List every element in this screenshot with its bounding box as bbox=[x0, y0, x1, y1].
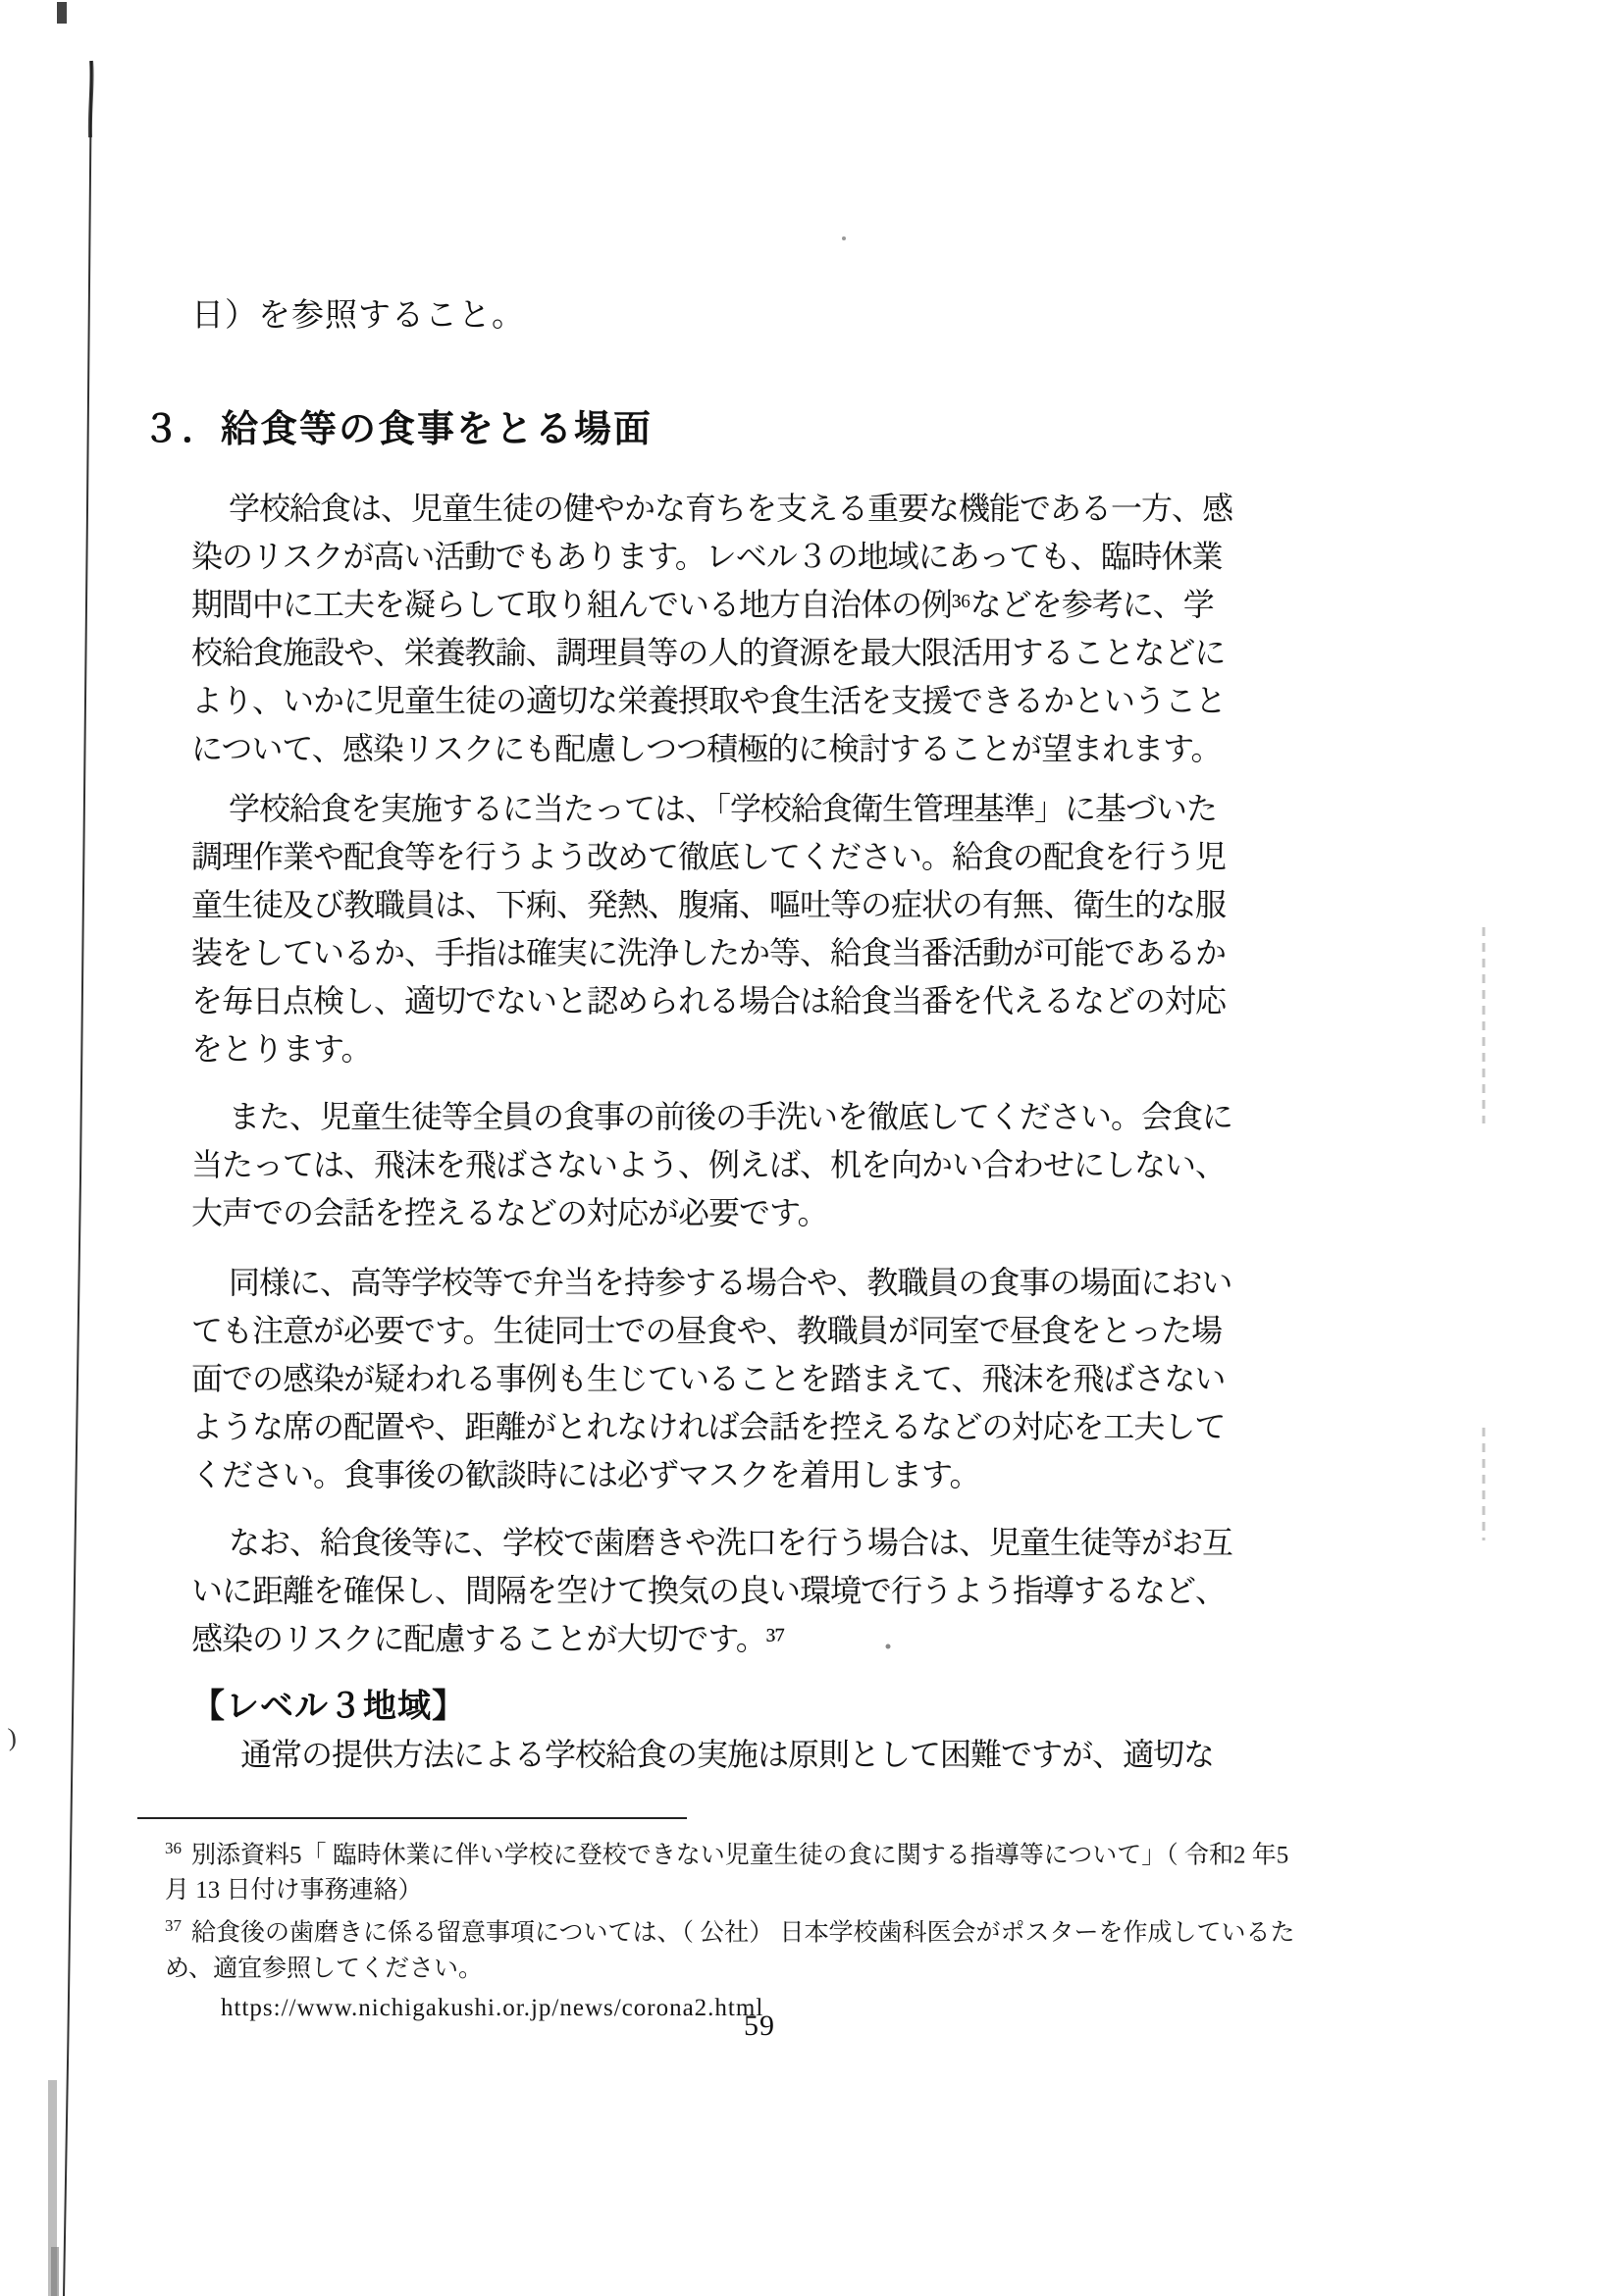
text-line: 大声での会話を控えるなどの対応が必要です。 bbox=[191, 1189, 1231, 1237]
scan-line-left bbox=[64, 61, 91, 2296]
document-body: 日）を参照すること。 ３．給食等の食事をとる場面 学校給食は、児童生徒の健やかな… bbox=[191, 294, 1231, 1779]
scan-artifact-mark: ) bbox=[7, 1723, 18, 1753]
footnote-lines: 36別添資料5「 臨時休業に伴い学校に登校できない児童生徒の食に関する指導等につ… bbox=[165, 1817, 1264, 2026]
footnote-36: 36別添資料5「 臨時休業に伴い学校に登校できない児童生徒の食に関する指導等につ… bbox=[165, 1831, 1264, 1873]
page-number: 59 bbox=[744, 2009, 775, 2043]
text-line: 校給食施設や、栄養教諭、調理員等の人的資源を最大限活用することなどに bbox=[191, 629, 1231, 677]
text-line: ても注意が必要です。生徒同士での昼食や、教職員が同室で昼食をとった場 bbox=[191, 1307, 1231, 1355]
text-line: をとります。 bbox=[191, 1025, 1231, 1073]
scan-band-bottom-left-dark bbox=[51, 2247, 59, 2296]
footnote-37-url: https://www.nichigakushi.or.jp/news/coro… bbox=[221, 1991, 1264, 2026]
footnote-36-text: 別添資料5「 臨時休業に伴い学校に登校できない児童生徒の食に関する指導等について… bbox=[191, 1842, 1288, 1868]
text-line: 当たっては、飛沫を飛ばさないよう、例えば、机を向かい合わせにしない、 bbox=[191, 1141, 1231, 1189]
scan-line-left-head bbox=[90, 61, 92, 137]
text-line: また、児童生徒等全員の食事の前後の手洗いを徹底してください。会食に bbox=[191, 1093, 1231, 1141]
footnote-37-text: 給食後の歯磨きに係る留意事項については、（ 公社） 日本学校歯科医会がポスターを… bbox=[191, 1920, 1295, 1947]
text-line: 面での感染が疑われる事例も生じていることを踏まえて、飛沫を飛ばさない bbox=[191, 1355, 1231, 1403]
intro-line: 日）を参照すること。 bbox=[191, 294, 1231, 338]
footnote-36-marker: 36 bbox=[165, 1839, 182, 1857]
section-heading: ３．給食等の食事をとる場面 bbox=[142, 404, 1231, 455]
paragraph-handwashing: また、児童生徒等全員の食事の前後の手洗いを徹底してください。会食に 当たっては、… bbox=[191, 1093, 1231, 1237]
text-line: ような席の配置や、距離がとれなければ会話を控えるなどの対応を工夫して bbox=[191, 1403, 1231, 1451]
paragraph-hygiene-standards: 学校給食を実施するに当たっては、「学校給食衛生管理基準」に基づいた 調理作業や配… bbox=[191, 785, 1231, 1073]
paragraph-school-lunch-function: 学校給食は、児童生徒の健やかな育ちを支える重要な機能である一方、感 染のリスクが… bbox=[191, 485, 1231, 773]
text-line: 装をしているか、手指は確実に洗浄したか等、給食当番活動が可能であるか bbox=[191, 929, 1231, 977]
text-line: 学校給食を実施するに当たっては、「学校給食衛生管理基準」に基づいた bbox=[191, 785, 1231, 833]
text-line: 期間中に工夫を凝らして取り組んでいる地方自治体の例³⁶などを参考に、学 bbox=[191, 581, 1231, 629]
footnote-37: 37給食後の歯磨きに係る留意事項については、（ 公社） 日本学校歯科医会がポスタ… bbox=[165, 1908, 1264, 1951]
text-line: いに距離を確保し、間隔を空けて換気の良い環境で行うよう指導するなど、 bbox=[191, 1567, 1231, 1615]
scan-blob bbox=[57, 2, 67, 24]
footnote-37-continuation: め、適宜参照してください。 bbox=[165, 1952, 1264, 1987]
scan-band-bottom-left bbox=[48, 2080, 57, 2296]
paragraph-toothbrushing: なお、給食後等に、学校で歯磨きや洗口を行う場合は、児童生徒等がお互 いに距離を確… bbox=[191, 1519, 1231, 1663]
footnotes-section: 36別添資料5「 臨時休業に伴い学校に登校できない児童生徒の食に関する指導等につ… bbox=[165, 1817, 1264, 2026]
footnote-36-continuation: 月 13 日付け事務連絡） bbox=[165, 1873, 1264, 1908]
footnote-37-marker: 37 bbox=[165, 1916, 182, 1935]
text-line: 染のリスクが高い活動でもあります。レベル３の地域にあっても、臨時休業 bbox=[191, 533, 1231, 581]
text-line: を毎日点検し、適切でないと認められる場合は給食当番を代えるなどの対応 bbox=[191, 977, 1231, 1025]
text-line: 同様に、高等学校等で弁当を持参する場合や、教職員の食事の場面におい bbox=[191, 1259, 1231, 1307]
text-line: 童生徒及び教職員は、下痢、発熱、腹痛、嘔吐等の症状の有無、衛生的な服 bbox=[191, 881, 1231, 929]
text-line: 調理作業や配食等を行うよう改めて徹底してください。給食の配食を行う児 bbox=[191, 833, 1231, 881]
text-line: 感染のリスクに配慮することが大切です。³⁷ bbox=[191, 1615, 1231, 1663]
scanned-document-page: 日）を参照すること。 ３．給食等の食事をとる場面 学校給食は、児童生徒の健やかな… bbox=[0, 0, 1623, 2296]
text-line: 学校給食は、児童生徒の健やかな育ちを支える重要な機能である一方、感 bbox=[191, 485, 1231, 533]
text-line: なお、給食後等に、学校で歯磨きや洗口を行う場合は、児童生徒等がお互 bbox=[191, 1519, 1231, 1567]
text-line: ください。食事後の歓談時には必ずマスクを着用します。 bbox=[191, 1451, 1231, 1499]
level3-area-heading: 【レベル３地域】 bbox=[191, 1683, 1231, 1731]
text-line: 通常の提供方法による学校給食の実施は原則として困難ですが、適切な bbox=[191, 1731, 1231, 1779]
footnote-separator bbox=[137, 1817, 687, 1819]
text-line: について、感染リスクにも配慮しつつ積極的に検討することが望まれます。 bbox=[191, 725, 1231, 773]
text-line: より、いかに児童生徒の適切な栄養摂取や食生活を支援できるかということ bbox=[191, 677, 1231, 725]
paragraph-bento-and-staff: 同様に、高等学校等で弁当を持参する場合や、教職員の食事の場面におい ても注意が必… bbox=[191, 1259, 1231, 1499]
scan-dot bbox=[842, 236, 846, 240]
